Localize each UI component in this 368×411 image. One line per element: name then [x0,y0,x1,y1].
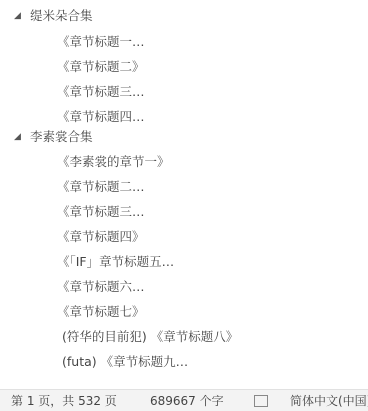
status-bar: 第 1 页，共 532 页 689667 个字 简体中文(中国) [0,389,368,411]
heading-item[interactable]: 《章节标题二》 [57,55,364,79]
heading-group-2[interactable]: ◢李素裳合集 [14,125,93,149]
heading-item[interactable]: (futa) 《章节标题九… [62,350,364,374]
heading-item[interactable]: 《章节标题七》 [57,300,364,324]
heading-item[interactable]: 《章节标题六… [57,275,364,299]
language-indicator[interactable]: 简体中文(中国) [290,390,368,411]
heading-item[interactable]: 《章节标题二… [57,175,364,199]
word-count[interactable]: 689667 个字 [150,390,224,411]
page-count[interactable]: 第 1 页，共 532 页 [11,390,117,411]
heading-item[interactable]: 《「IF」章节标题五… [57,250,364,274]
heading-item[interactable]: 《章节标题四… [57,105,364,129]
heading-item[interactable]: (符华的目前犯) 《章节标题八》 [62,325,364,349]
heading-item[interactable]: 《章节标题三… [57,200,364,224]
heading-item[interactable]: 《章节标题四》 [57,225,364,249]
heading-item[interactable]: 《李素裳的章节一》 [57,150,364,174]
heading-item[interactable]: 《章节标题三… [57,80,364,104]
heading-item[interactable]: 《章节标题一… [57,30,364,54]
collapse-triangle-icon[interactable]: ◢ [14,125,30,149]
navigation-pane: ◢缇米朵合集 《章节标题一… 《章节标题二》 《章节标题三… 《章节标题四… ◢… [0,0,368,383]
heading-group-1[interactable]: ◢缇米朵合集 [14,4,93,28]
collapse-triangle-icon[interactable]: ◢ [14,4,30,28]
proofing-icon[interactable] [254,395,268,407]
